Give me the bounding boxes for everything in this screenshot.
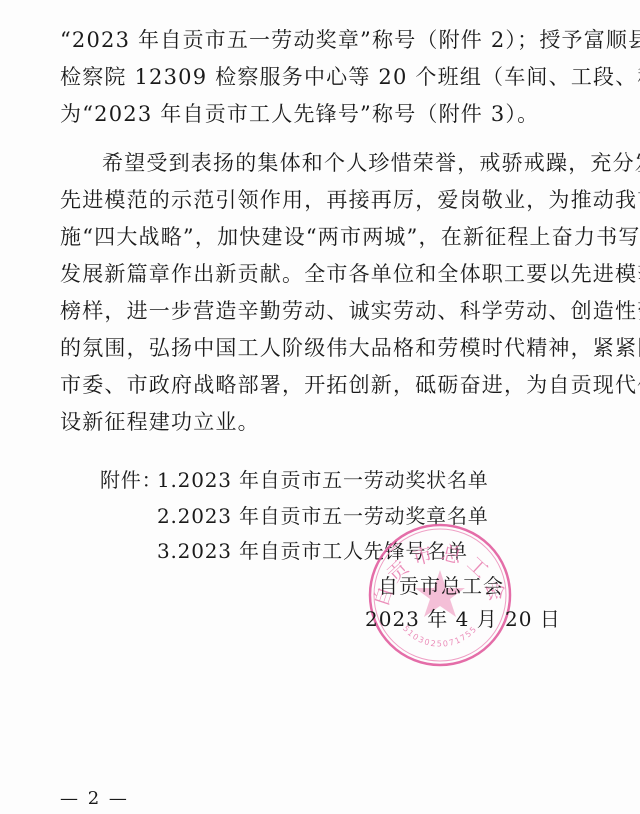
text-line: “2023 年自贡市五一劳动奖章”称号（附件 2）；授予富顺县人民: [60, 26, 590, 54]
text-line: 市委、市政府战略部署，开拓创新，砥砺奋进，为自贡现代化建: [60, 371, 590, 399]
text-line: 榜样，进一步营造辛勤劳动、诚实劳动、科学劳动、创造性劳动: [60, 297, 590, 325]
attachments-label: 附件：: [100, 467, 162, 493]
text-line: 为“2023 年自贡市工人先锋号”称号（附件 3）。: [60, 100, 590, 128]
page-number: — 2 —: [60, 789, 129, 809]
document-page: “2023 年自贡市五一劳动奖章”称号（附件 2）；授予富顺县人民 检察院 12…: [0, 0, 640, 814]
signing-date: 2023 年 4 月 20 日: [365, 606, 561, 632]
text-line: 希望受到表扬的集体和个人珍惜荣誉，戒骄戒躁，充分发挥: [102, 149, 590, 177]
text-line: 设新征程建功立业。: [60, 408, 590, 436]
text-line: 检察院 12309 检察服务中心等 20 个班组（车间、工段、科室）: [60, 63, 590, 91]
text-line: 先进模范的示范引领作用，再接再厉，爱岗敬业，为推动我市实: [60, 186, 590, 214]
signing-organization: 自贡市总工会: [378, 573, 504, 599]
text-line: 发展新篇章作出新贡献。全市各单位和全体职工要以先进模范为: [60, 260, 590, 288]
text-line: 施“四大战略”，加快建设“两市两城”，在新征程上奋力书写自贡: [60, 223, 590, 251]
text-line: 的氛围，弘扬中国工人阶级伟大品格和劳模时代精神，紧紧围绕: [60, 334, 590, 362]
attachment-item: 1.2023 年自贡市五一劳动奖状名单: [157, 467, 489, 493]
